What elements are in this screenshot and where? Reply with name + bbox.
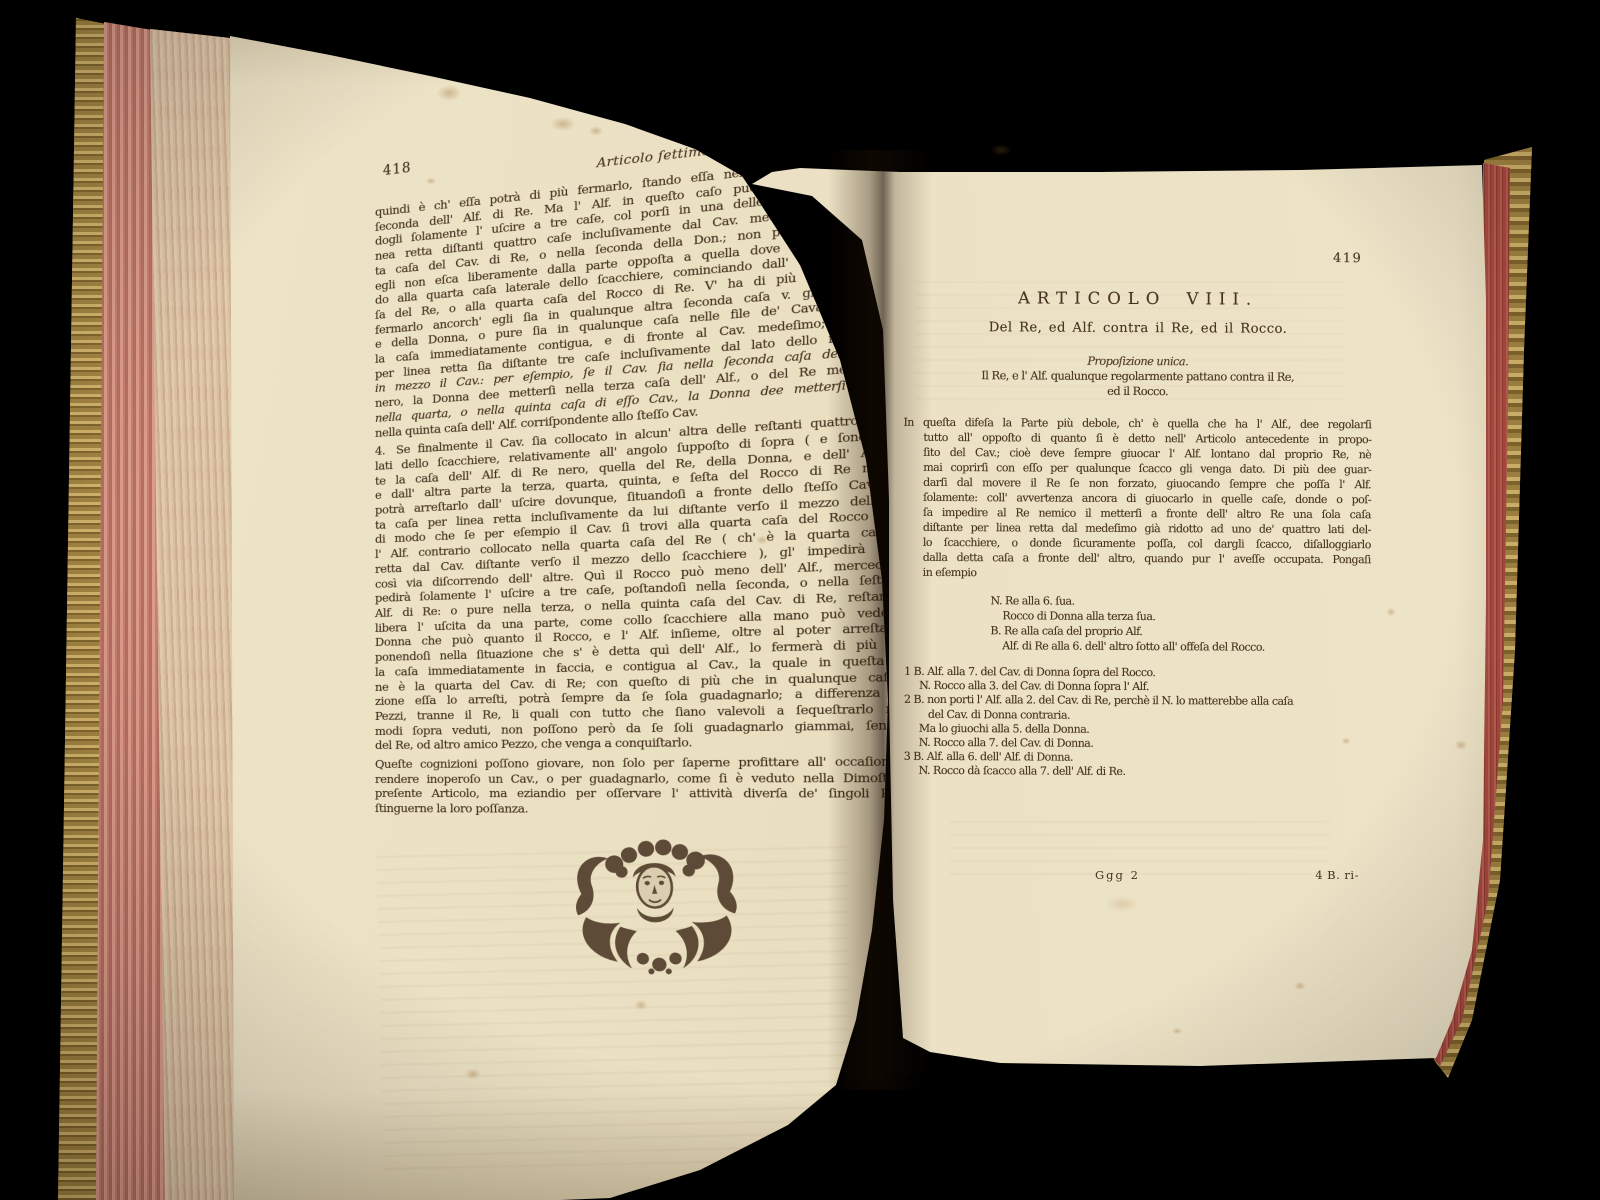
left-running-head: Articolo ſettimo. [597,142,715,171]
text-line: ſtinguerne la loro poſſanza. [375,801,966,818]
book-photo-scene: 418 Articolo ſettimo. quindi è ch' eſſa … [0,0,1600,1200]
left-paragraph-3: Queſte cognizioni poſſono giovare, non ſ… [375,753,966,818]
text-line: preſente Articolo, ma eziandio per oſſer… [375,786,966,802]
right-page-text: 419 ARTICOLO VIII. Del Re, ed Alf. contr… [902,249,1373,781]
article-title: ARTICOLO VIII. [904,290,1372,307]
right-page-number: 419 [904,249,1372,266]
signature-mark: Ggg 2 [1095,868,1140,882]
intro-paragraph: In queſta difeſa la Parte più debole, ch… [903,415,1372,582]
text-line: Queſte cognizioni poſſono giovare, non ſ… [375,753,966,772]
article-subtitle: Del Re, ed Alf. contra il Re, ed il Rocc… [904,320,1372,337]
woodcut-mask-ornament [557,829,757,979]
text-line: Alf. di Re alla 6. dell' altro ſotto all… [990,638,1370,655]
foxing-spot [986,142,1016,158]
moves-list: 1 B. Alf. alla 7. del Cav. di Donna ſopr… [904,665,1371,781]
proposition-statement: Il Re, e l' Alf. qualunque regolarmente … [904,368,1372,400]
right-catchword: 4 B. ri- [1315,868,1359,882]
left-page-number: 418 [383,161,412,179]
position-example-block: N. Re alla 6. ſua. Rocco di Donna alla t… [990,593,1370,655]
text-line: N. Rocco dà ſcacco alla 7. dell' Alf. di… [904,764,1370,781]
text-line: in eſempio [903,565,1371,582]
right-page-showthrough-bottom [950,815,1330,875]
text-line: rendere inoperoſo un Cav., o per guadagn… [375,769,966,786]
left-paragraph-item4: 4. Se finalmente il Cav. ſia collocato i… [375,406,966,753]
text-line: ed il Rocco. [904,383,1372,400]
